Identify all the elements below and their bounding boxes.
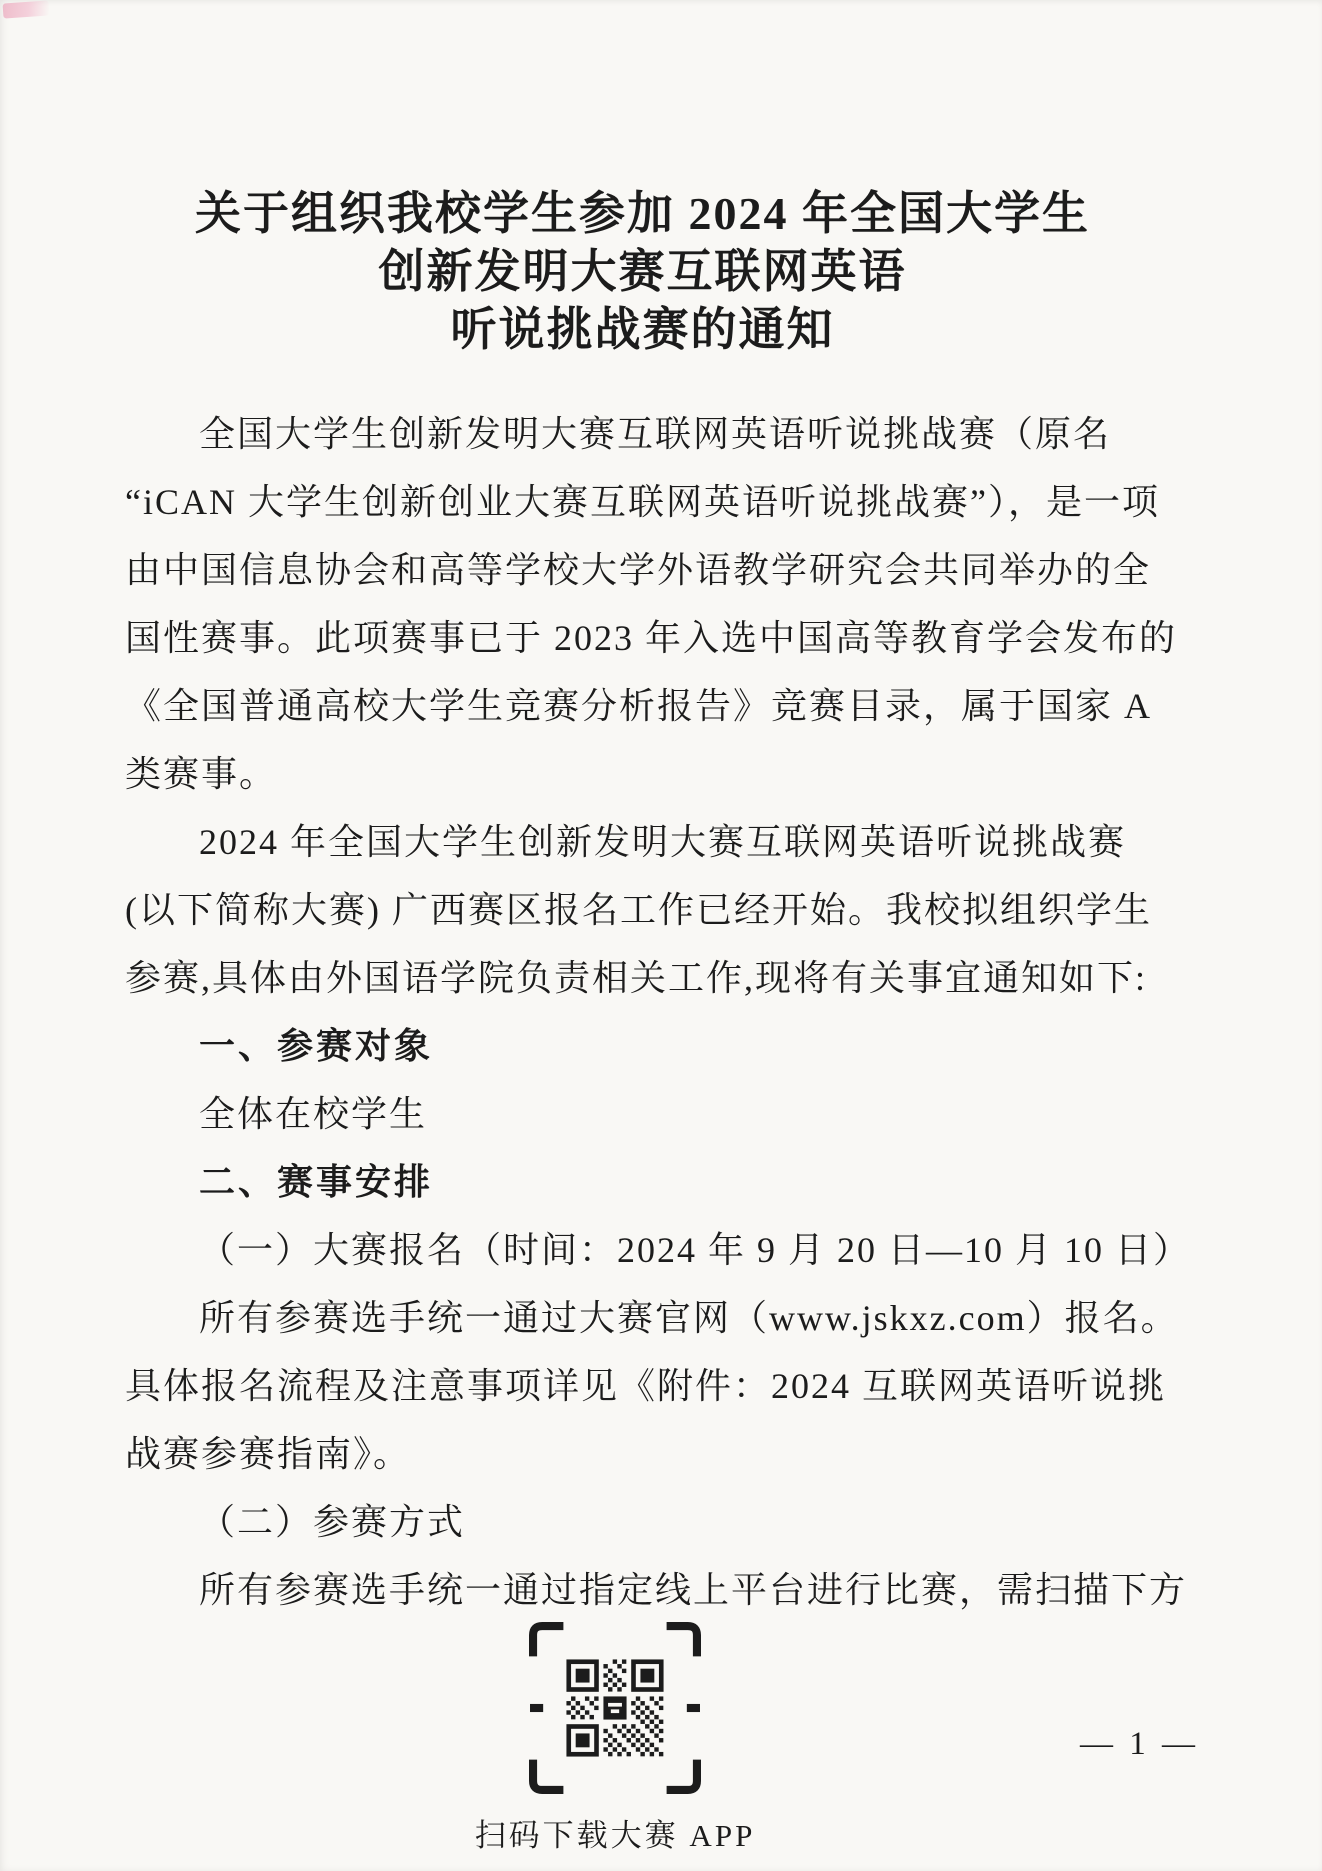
- document-title-line-3: 听说挑战赛的通知: [125, 301, 1160, 359]
- scan-artifact-mark: [3, 0, 50, 18]
- qr-modules: [566, 1659, 663, 1756]
- doc-line-17: 所有参赛选手统一通过指定线上平台进行比赛，需扫描下方: [125, 1556, 1160, 1624]
- document-body: 全国大学生创新发明大赛互联网英语听说挑战赛（原名“iCAN 大学生创新创业大赛互…: [125, 400, 1160, 1624]
- qr-section: 扫码下载大赛 APP: [450, 1622, 780, 1855]
- qr-frame-dash-right: [687, 1704, 700, 1712]
- doc-line-11: 二、赛事安排: [125, 1148, 1160, 1216]
- doc-line-15: 战赛参赛指南》。: [125, 1420, 1160, 1488]
- doc-line-16: （二）参赛方式: [125, 1488, 1160, 1556]
- doc-line-12: （一）大赛报名（时间：2024 年 9 月 20 日—10 月 10 日）: [125, 1216, 1160, 1284]
- doc-line-13: 所有参赛选手统一通过大赛官网（www.jskxz.com）报名。: [125, 1284, 1160, 1352]
- document-title-line-2: 创新发明大赛互联网英语: [125, 243, 1160, 301]
- doc-line-4: 《全国普通高校大学生竞赛分析报告》竞赛目录，属于国家 A: [125, 672, 1160, 740]
- doc-line-5: 类赛事。: [125, 740, 1160, 808]
- doc-line-10: 全体在校学生: [125, 1080, 1160, 1148]
- scanned-notice-page: 关于组织我校学生参加 2024 年全国大学生 创新发明大赛互联网英语 听说挑战赛…: [0, 0, 1322, 1871]
- doc-line-14: 具体报名流程及注意事项详见《附件：2024 互联网英语听说挑: [125, 1352, 1160, 1420]
- doc-line-7: (以下简称大赛) 广西赛区报名工作已经开始。我校拟组织学生: [125, 876, 1160, 944]
- doc-line-6: 2024 年全国大学生创新发明大赛互联网英语听说挑战赛: [125, 808, 1160, 876]
- qr-frame-dash-left: [530, 1704, 543, 1712]
- page-number: — 1 —: [1080, 1726, 1199, 1763]
- qr-caption: 扫码下载大赛 APP: [475, 1810, 756, 1855]
- doc-line-3: 国性赛事。此项赛事已于 2023 年入选中国高等教育学会发布的: [125, 604, 1160, 672]
- doc-line-1: “iCAN 大学生创新创业大赛互联网英语听说挑战赛”），是一项: [125, 468, 1160, 536]
- document-title: 关于组织我校学生参加 2024 年全国大学生 创新发明大赛互联网英语 听说挑战赛…: [125, 185, 1160, 359]
- doc-line-8: 参赛,具体由外国语学院负责相关工作,现将有关事宜通知如下:: [125, 944, 1160, 1012]
- doc-line-2: 由中国信息协会和高等学校大学外语教学研究会共同举办的全: [125, 536, 1160, 604]
- doc-line-0: 全国大学生创新发明大赛互联网英语听说挑战赛（原名: [125, 400, 1160, 468]
- doc-line-9: 一、参赛对象: [125, 1012, 1160, 1080]
- qr-code: [529, 1622, 701, 1794]
- document-title-line-1: 关于组织我校学生参加 2024 年全国大学生: [125, 185, 1160, 243]
